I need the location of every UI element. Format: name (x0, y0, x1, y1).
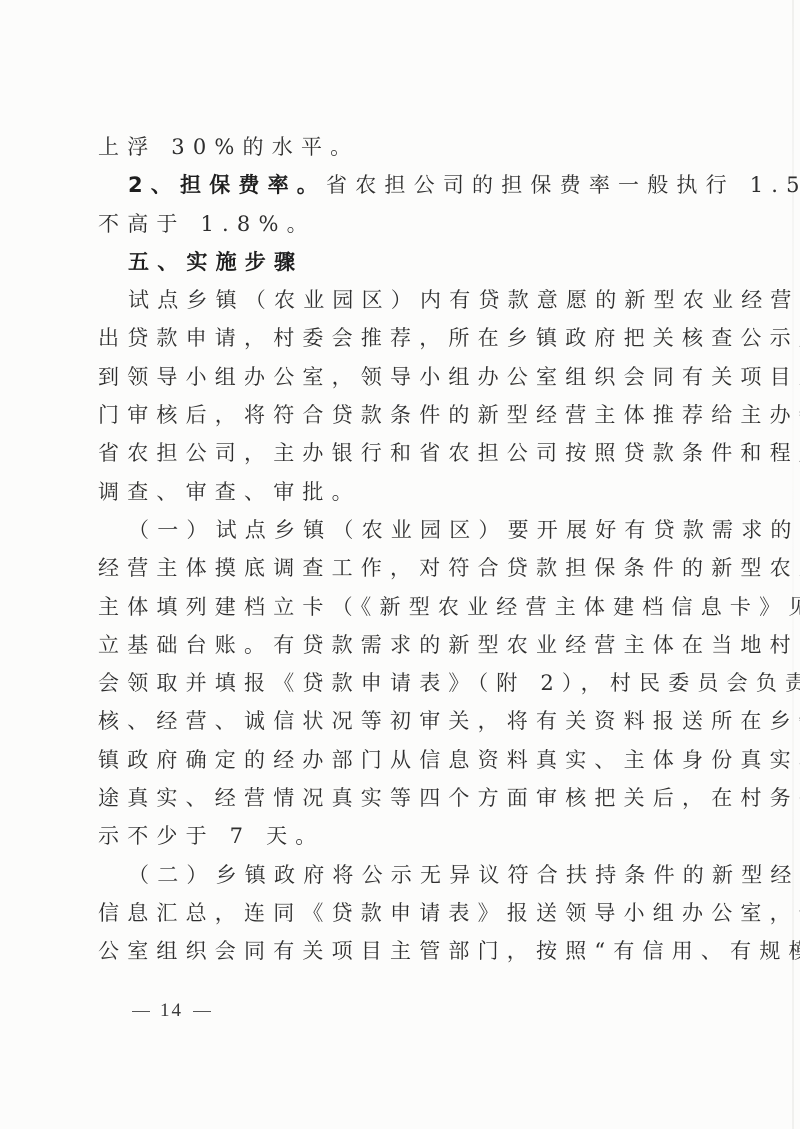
paragraph-line: 主体填列建档立卡（《新型农业经营主体建档信息卡》见附 1），建 (98, 588, 690, 626)
paragraph-line-guarantee-rate: 2、担保费率。省农担公司的担保费率一般执行 1.5%，最高 (98, 166, 690, 204)
paragraph-line: 公室组织会同有关项目主管部门，按照“有信用、有规模、有经 (98, 932, 690, 970)
document-page: 上浮 30%的水平。 2、担保费率。省农担公司的担保费率一般执行 1.5%，最高… (0, 0, 800, 1129)
paragraph-line: 出贷款申请，村委会推荐，所在乡镇政府把关核查公示后，推荐 (98, 319, 690, 357)
paragraph-line: 上浮 30%的水平。 (98, 128, 690, 166)
paragraph-line: 不高于 1.8%。 (98, 205, 690, 243)
paragraph-line: 调查、审查、审批。 (98, 473, 690, 511)
body-text: 上浮 30%的水平。 2、担保费率。省农担公司的担保费率一般执行 1.5%，最高… (98, 128, 690, 971)
paragraph-line: 试点乡镇（农业园区）内有贷款意愿的新型农业经营主体提 (98, 281, 690, 319)
paragraph-line: 省农担公司，主办银行和省农担公司按照贷款条件和程序进行 (98, 434, 690, 472)
paragraph-line: 信息汇总，连同《贷款申请表》报送领导小组办公室，领导小组办 (98, 894, 690, 932)
paragraph-line: 门审核后，将符合贷款条件的新型经营主体推荐给主办银行和 (98, 396, 690, 434)
paragraph-line: 经营主体摸底调查工作，对符合贷款担保条件的新型农业经营 (98, 549, 690, 587)
paragraph-line: 会领取并填报《贷款申请表》（附 2），村民委员会负责把好资格审 (98, 664, 690, 702)
paragraph-line: 到领导小组办公室，领导小组办公室组织会同有关项目主管部 (98, 358, 690, 396)
line-text: 省农担公司的担保费率一般执行 1.5%，最高 (326, 173, 800, 197)
paragraph-line: 立基础台账。有贷款需求的新型农业经营主体在当地村民委员 (98, 626, 690, 664)
paragraph-line: 示不少于 7 天。 (98, 817, 690, 855)
dash-right (193, 1011, 211, 1012)
paragraph-line-step-one: （一）试点乡镇（农业园区）要开展好有贷款需求的新型农业 (98, 511, 690, 549)
paragraph-line: 镇政府确定的经办部门从信息资料真实、主体身份真实、借款用 (98, 741, 690, 779)
paragraph-line: 途真实、经营情况真实等四个方面审核把关后，在村务公开栏公 (98, 779, 690, 817)
subheading-guarantee-rate: 2、担保费率。 (128, 173, 326, 197)
paragraph-line-step-two: （二）乡镇政府将公示无异议符合扶持条件的新型经营主体 (98, 856, 690, 894)
dash-left (132, 1011, 150, 1012)
paragraph-line: 核、经营、诚信状况等初审关，将有关资料报送所在乡镇政府，乡 (98, 702, 690, 740)
page-number: 14 (122, 1000, 221, 1022)
page-number-value: 14 (160, 1000, 183, 1021)
section-heading-implementation-steps: 五、实施步骤 (98, 243, 690, 281)
